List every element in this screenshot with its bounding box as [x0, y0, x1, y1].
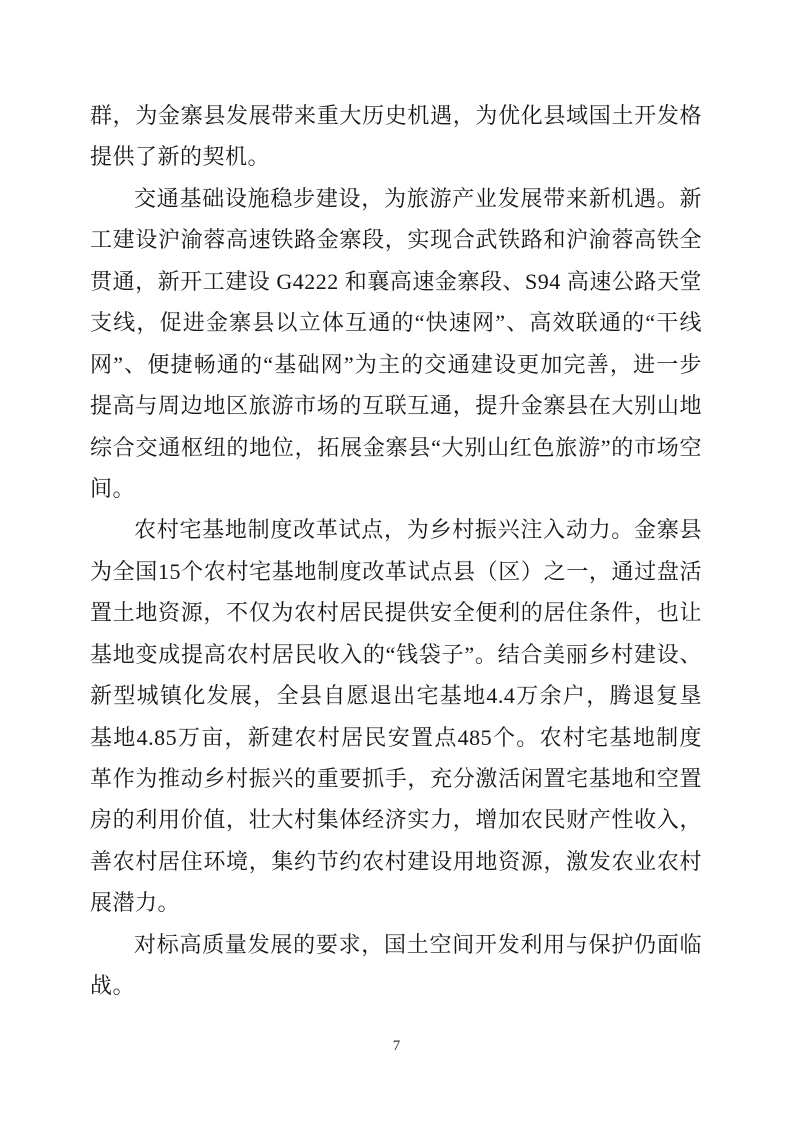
- text-line: 善农村居住环境，集约节约农村建设用地资源，激发农业农村发: [90, 841, 702, 882]
- text-line: 农村宅基地制度改革试点，为乡村振兴注入动力。金寨县作: [90, 509, 702, 550]
- document-body: 群，为金寨县发展带来重大历史机遇，为优化县域国土开发格局 提供了新的契机。 交通…: [90, 95, 702, 1007]
- text-line: 综合交通枢纽的地位，拓展金寨县“大别山红色旅游”的市场空: [90, 427, 702, 468]
- text-line: 基地4.85万亩，新建农村居民安置点485个。农村宅基地制度改: [90, 717, 702, 758]
- text-line: 革作为推动乡村振兴的重要抓手，充分激活闲置宅基地和空置农: [90, 758, 702, 799]
- text-line: 新型城镇化发展，全县自愿退出宅基地4.4万余户，腾退复垦宅: [90, 675, 702, 716]
- text-line: 房的利用价值，壮大村集体经济实力，增加农民财产性收入，改: [90, 799, 702, 840]
- paragraph-transport: 交通基础设施稳步建设，为旅游产业发展带来新机遇。新开 工建设沪渝蓉高速铁路金寨段…: [90, 178, 702, 510]
- paragraph-homestead-reform: 农村宅基地制度改革试点，为乡村振兴注入动力。金寨县作 为全国15个农村宅基地制度…: [90, 509, 702, 923]
- paragraph-challenges: 对标高质量发展的要求，国土空间开发利用与保护仍面临挑 战。: [90, 924, 702, 1007]
- text-line: 提高与周边地区旅游市场的互联互通，提升金寨县在大别山地区: [90, 385, 702, 426]
- text-line: 贯通，新开工建设 G4222 和襄高速金寨段、S94 高速公路天堂寨: [90, 261, 702, 302]
- document-page: 群，为金寨县发展带来重大历史机遇，为优化县域国土开发格局 提供了新的契机。 交通…: [0, 0, 793, 1122]
- text-line: 战。: [90, 965, 702, 1006]
- text-line: 网”、便捷畅通的“基础网”为主的交通建设更加完善，进一步: [90, 344, 702, 385]
- text-line: 基地变成提高农村居民收入的“钱袋子”。结合美丽乡村建设、: [90, 634, 702, 675]
- page-footer: 7: [0, 1036, 793, 1056]
- text-line: 群，为金寨县发展带来重大历史机遇，为优化县域国土开发格局: [90, 95, 702, 136]
- text-line: 交通基础设施稳步建设，为旅游产业发展带来新机遇。新开: [90, 178, 702, 219]
- page-number: 7: [393, 1038, 401, 1054]
- text-line: 提供了新的契机。: [90, 136, 702, 177]
- text-line: 对标高质量发展的要求，国土空间开发利用与保护仍面临挑: [90, 924, 702, 965]
- text-line: 工建设沪渝蓉高速铁路金寨段，实现合武铁路和沪渝蓉高铁全线: [90, 219, 702, 260]
- text-line: 置土地资源，不仅为农村居民提供安全便利的居住条件，也让宅: [90, 592, 702, 633]
- text-line: 支线，促进金寨县以立体互通的“快速网”、高效联通的“干线: [90, 302, 702, 343]
- text-line: 为全国15个农村宅基地制度改革试点县（区）之一，通过盘活闲: [90, 551, 702, 592]
- text-line: 展潜力。: [90, 882, 702, 923]
- text-line: 间。: [90, 468, 702, 509]
- paragraph-continuation: 群，为金寨县发展带来重大历史机遇，为优化县域国土开发格局 提供了新的契机。: [90, 95, 702, 178]
